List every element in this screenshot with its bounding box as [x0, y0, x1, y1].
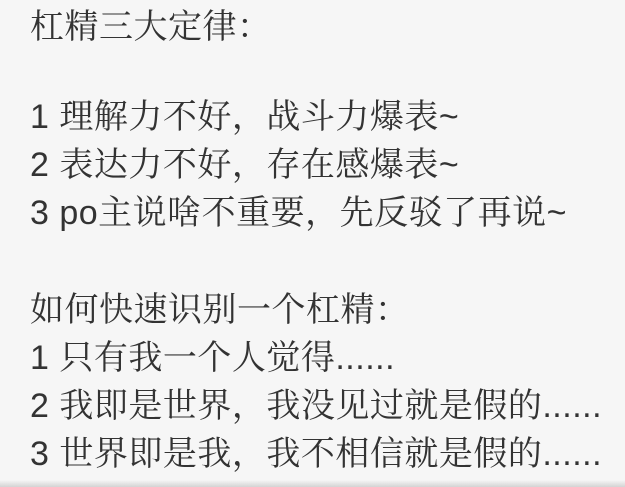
section-three-laws: 杠精三大定律： 1 理解力不好，战斗力爆表~ 2 表达力不好，存在感爆表~ 3 …	[30, 3, 607, 237]
identify-item-1: 1 只有我一个人觉得......	[30, 334, 607, 382]
identify-item-3: 3 世界即是我，我不相信就是假的......	[30, 430, 607, 478]
bottom-edge-shading	[0, 480, 625, 487]
law-item-3: 3 po主说啥不重要，先反驳了再说~	[30, 189, 607, 237]
section-identify-title: 如何快速识别一个杠精：	[30, 286, 607, 334]
section-identify: 如何快速识别一个杠精： 1 只有我一个人觉得...... 2 我即是世界，我没见…	[30, 286, 607, 478]
text-meme-page: 杠精三大定律： 1 理解力不好，战斗力爆表~ 2 表达力不好，存在感爆表~ 3 …	[0, 0, 625, 487]
law-item-2: 2 表达力不好，存在感爆表~	[30, 141, 607, 189]
identify-item-2: 2 我即是世界，我没见过就是假的......	[30, 382, 607, 430]
section-three-laws-title: 杠精三大定律：	[30, 3, 607, 51]
law-item-1: 1 理解力不好，战斗力爆表~	[30, 93, 607, 141]
